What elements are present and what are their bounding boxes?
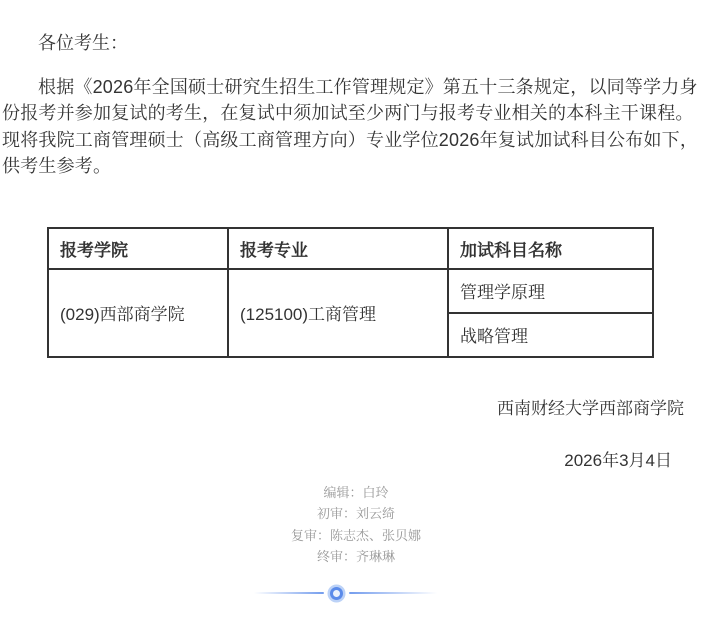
credits-block: 编辑：白玲 初审：刘云绮 复审：陈志杰、张贝娜 终审：齐琳琳 — [2, 482, 710, 568]
divider-dot-icon — [330, 587, 343, 600]
table-row: (029)西部商学院 (125100)工商管理 管理学原理 — [48, 269, 653, 313]
cell-major: (125100)工商管理 — [228, 269, 448, 357]
cell-subject-2: 战略管理 — [448, 313, 653, 357]
notice-page: 各位考生： 根据《2026年全国硕士研究生招生工作管理规定》第五十三条规定，以同… — [0, 0, 718, 619]
subjects-table: 报考学院 报考专业 加试科目名称 (029)西部商学院 (125100)工商管理… — [47, 227, 654, 358]
table-header-row: 报考学院 报考专业 加试科目名称 — [48, 228, 653, 269]
footer-divider — [245, 587, 445, 600]
salutation: 各位考生： — [2, 30, 710, 57]
credit-first-review: 初审：刘云绮 — [2, 503, 710, 525]
divider-line-right — [349, 592, 437, 594]
cell-college: (029)西部商学院 — [48, 269, 228, 357]
notice-paragraph: 根据《2026年全国硕士研究生招生工作管理规定》第五十三条规定，以同等学力身份报… — [2, 74, 710, 180]
cell-subject-1: 管理学原理 — [448, 269, 653, 313]
divider-line-left — [254, 592, 324, 594]
column-header-subject: 加试科目名称 — [448, 228, 653, 269]
column-header-major: 报考专业 — [228, 228, 448, 269]
publish-date: 2026年3月4日 — [2, 448, 672, 473]
column-header-college: 报考学院 — [48, 228, 228, 269]
credit-final-review: 终审：齐琳琳 — [2, 546, 710, 568]
credit-second-review: 复审：陈志杰、张贝娜 — [2, 525, 710, 547]
signature: 西南财经大学西部商学院 — [2, 396, 684, 421]
credit-editor: 编辑：白玲 — [2, 482, 710, 504]
